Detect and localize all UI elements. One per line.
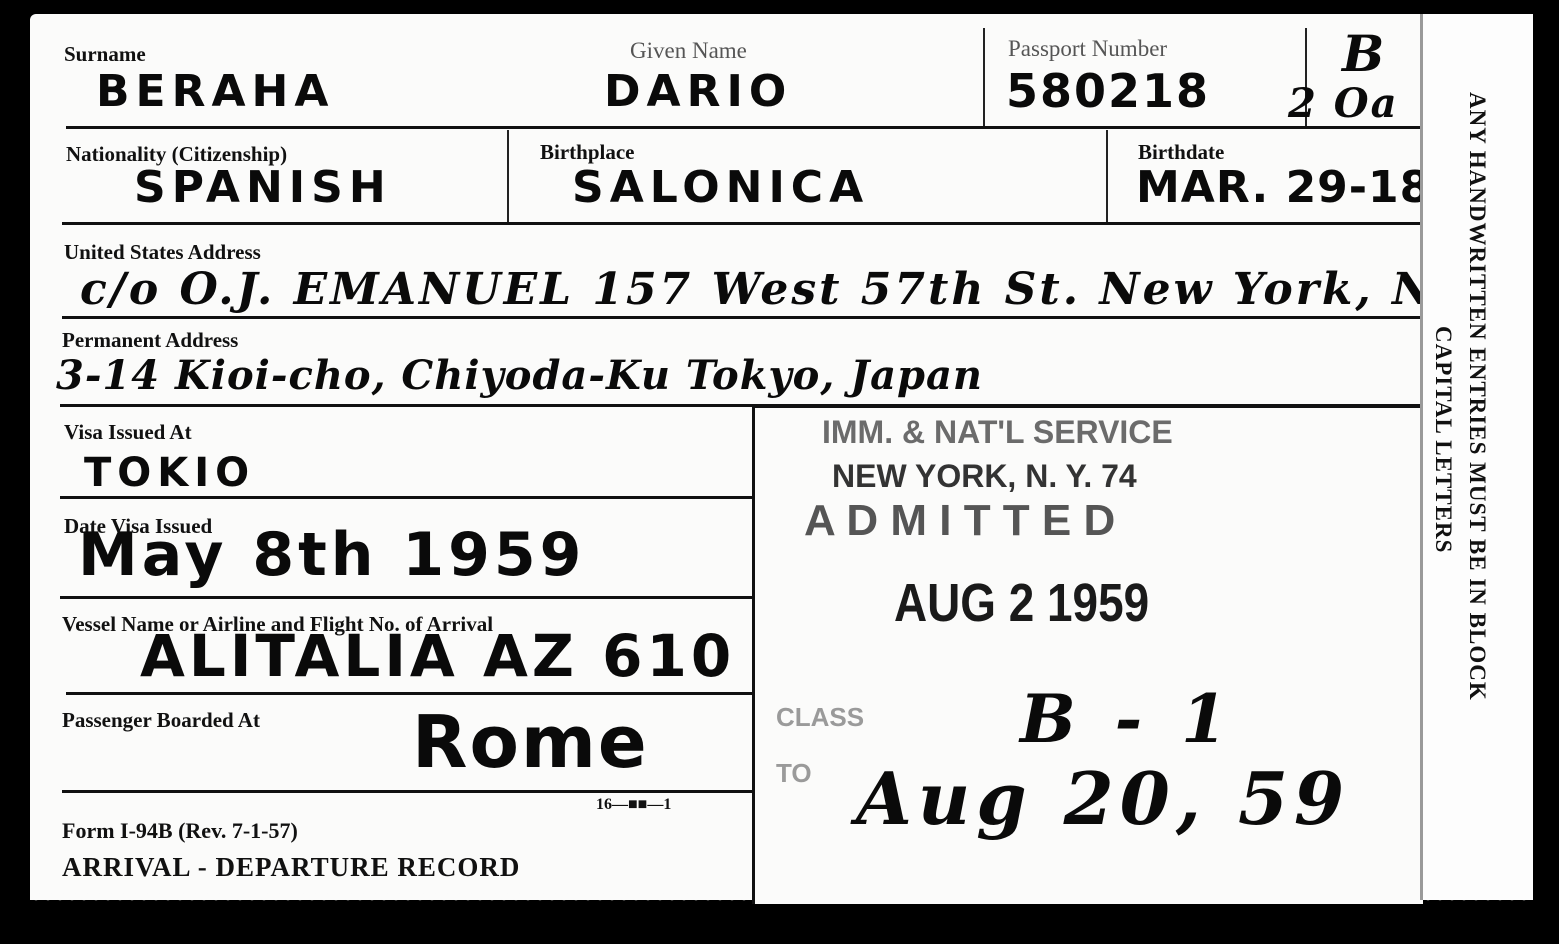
margin-note-line1: B (1342, 24, 1386, 83)
divider-row5 (60, 496, 752, 499)
stamp-date: AUG 2 1959 (894, 572, 1149, 634)
passport-number-value: 580218 (1006, 64, 1210, 118)
divider-passport-left (983, 28, 985, 126)
divider-birthplace-left (507, 130, 509, 222)
divider-row8 (62, 790, 752, 793)
surname-label: Surname (64, 42, 146, 67)
divider-row2 (62, 222, 1420, 225)
form-code: 16—■■—1 (596, 796, 671, 814)
divider-row6 (60, 596, 752, 599)
divider-row7 (66, 692, 752, 695)
form-number: Form I-94B (Rev. 7-1-57) (62, 818, 298, 844)
class-label: CLASS (776, 702, 864, 733)
divider-row3 (62, 316, 1420, 319)
surname-value: BERAHA (96, 66, 334, 117)
visa-issued-at-value: TOKIO (84, 450, 255, 496)
to-label: TO (776, 758, 812, 789)
divider-birthdate-left (1106, 130, 1108, 222)
to-value: Aug 20, 59 (856, 756, 1350, 841)
stamp-agency: IMM. & NAT'L SERVICE (822, 414, 1173, 451)
form-title: ARRIVAL - DEPARTURE RECORD (62, 852, 520, 883)
side-notice-line2: CAPITAL LETTERS (1430, 326, 1456, 553)
margin-note-line2: 2 Oa (1288, 80, 1399, 127)
birthplace-value: SALONICA (572, 162, 869, 213)
permanent-address-label: Permanent Address (62, 328, 238, 353)
passport-number-label: Passport Number (1008, 36, 1167, 62)
divider-row1 (66, 126, 1420, 129)
nationality-value: SPANISH (134, 162, 392, 213)
date-visa-issued-value: May 8th 1959 (78, 520, 585, 590)
visa-issued-at-label: Visa Issued At (64, 420, 192, 445)
birthdate-value: MAR. 29-189 (1136, 162, 1463, 213)
stamp-admitted: A D M I T T E D (804, 496, 1115, 546)
given-name-label: Given Name (630, 38, 747, 64)
class-value: B - 1 (1020, 680, 1235, 758)
given-name-value: DARIO (604, 66, 792, 117)
boarded-at-label: Passenger Boarded At (62, 708, 260, 733)
side-notice-line1: ANY HANDWRITTEN ENTRIES MUST BE IN BLOCK (1464, 92, 1490, 701)
us-address-label: United States Address (64, 240, 261, 265)
permanent-address-value: 3-14 Kioi-cho, Chiyoda-Ku Tokyo, Japan (56, 352, 983, 399)
stamp-location: NEW YORK, N. Y. 74 (832, 458, 1137, 495)
us-address-value: c/o O.J. EMANUEL 157 West 57th St. New Y… (80, 264, 1498, 315)
boarded-at-value: Rome (412, 700, 649, 784)
vessel-flight-value: ALITALIA AZ 610 (140, 622, 735, 690)
